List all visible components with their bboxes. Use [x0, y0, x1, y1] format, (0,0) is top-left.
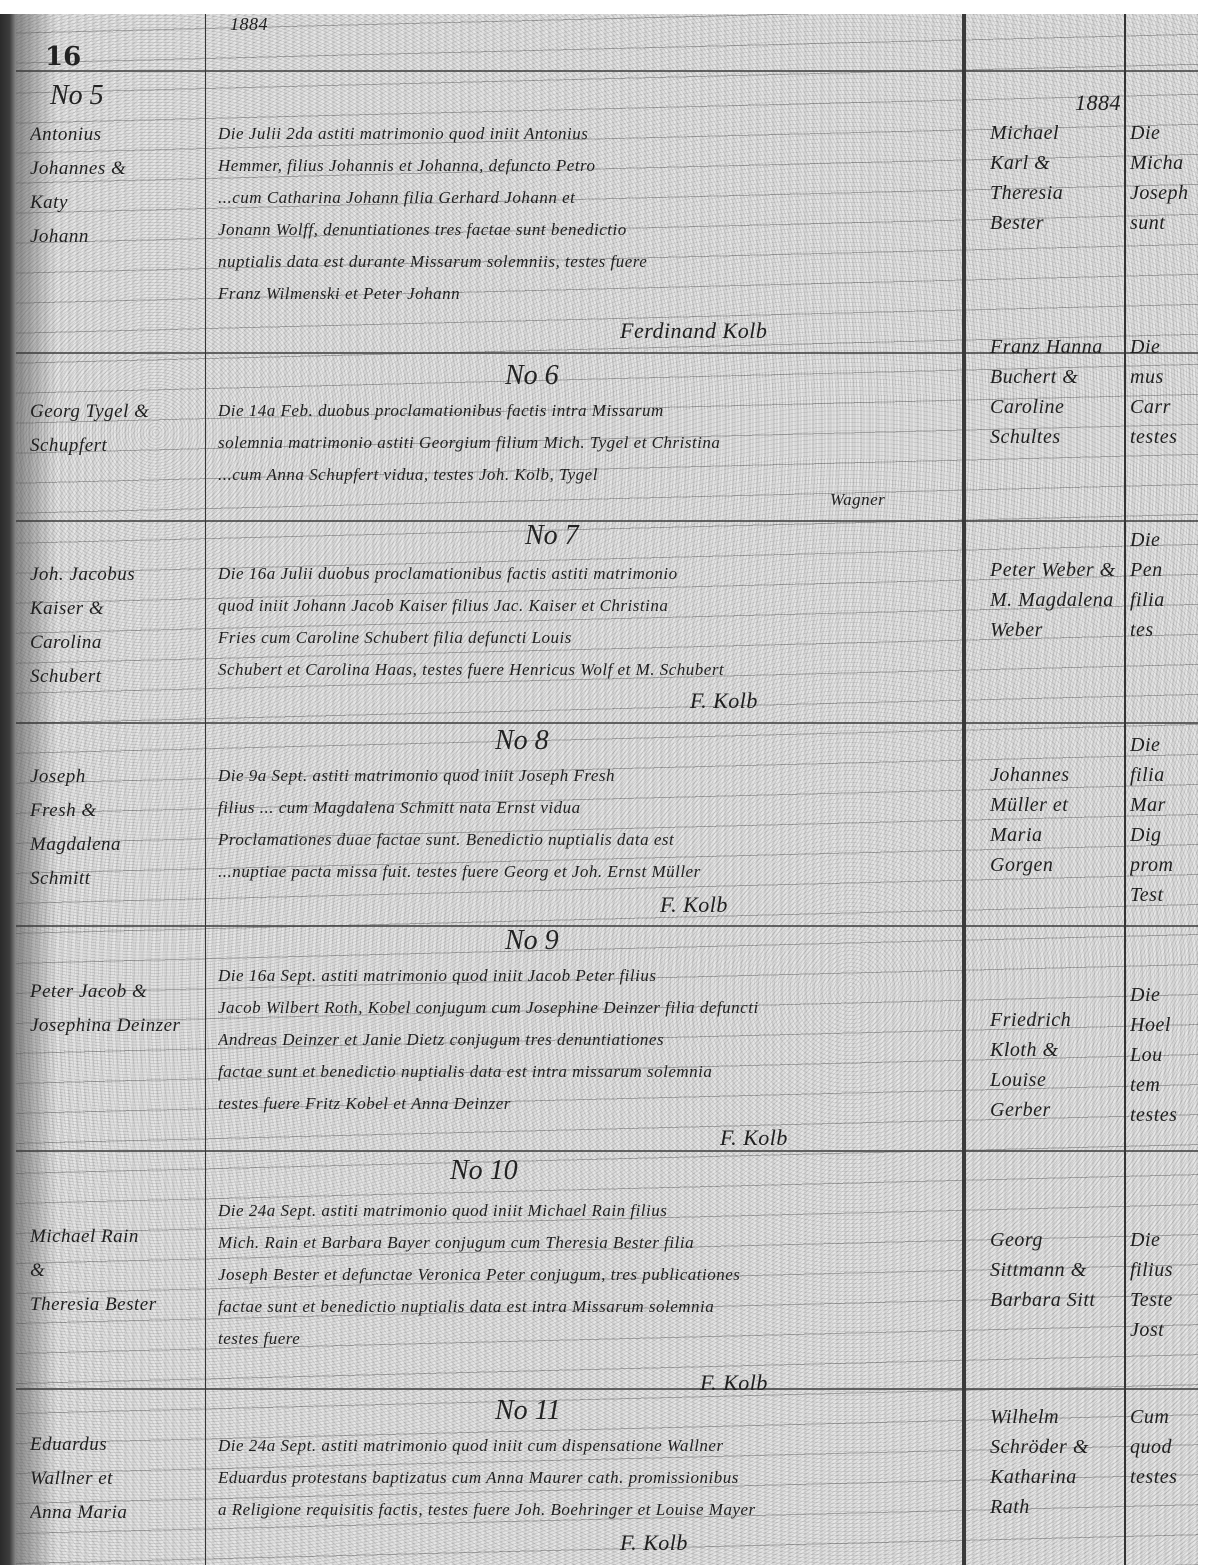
cut-off-column: Die Micha Joseph sunt: [1130, 118, 1200, 238]
text-line: Die 9a Sept. astiti matrimonio quod inii…: [218, 760, 938, 792]
margin-name-line: Johannes &: [30, 152, 202, 186]
text-line: Die 24a Sept. astiti matrimonio quod ini…: [218, 1195, 938, 1227]
main-column-divider: [962, 14, 966, 1565]
text-line: Fries cum Caroline Schubert filia defunc…: [218, 622, 938, 654]
witness-name: Georg: [990, 1225, 1122, 1255]
entry-margin-names: Antonius Johannes & Katy Johann: [30, 118, 202, 254]
top-year-fragment: 1884: [230, 14, 268, 35]
text-line: filius ... cum Magdalena Schmitt nata Er…: [218, 792, 938, 824]
cut-off-text: tem: [1130, 1070, 1200, 1100]
margin-name-line: Schmitt: [30, 862, 202, 896]
entry-margin-names: Eduardus Wallner et Anna Maria: [30, 1428, 202, 1530]
cut-off-text: testes: [1130, 1100, 1200, 1130]
margin-name-line: Michael Rain: [30, 1220, 202, 1254]
entry-text: Die 24a Sept. astiti matrimonio quod ini…: [218, 1195, 938, 1355]
margin-name-line: Kaiser &: [30, 592, 202, 626]
cut-off-text: Hoel: [1130, 1010, 1200, 1040]
text-line: solemnia matrimonio astiti Georgium fili…: [218, 427, 938, 459]
text-line: Eduardus protestans baptizatus cum Anna …: [218, 1462, 938, 1494]
witness-names-column: Michael Karl & Theresia Bester: [990, 118, 1122, 238]
cut-off-text: sunt: [1130, 208, 1200, 238]
witness-name: Barbara Sitt: [990, 1285, 1122, 1315]
entry-text: Die 9a Sept. astiti matrimonio quod inii…: [218, 760, 938, 888]
witness-name: Karl &: [990, 148, 1122, 178]
witness-name: Schröder &: [990, 1432, 1122, 1462]
witness-name: Franz Hanna: [990, 332, 1122, 362]
page-number: 16: [45, 42, 81, 72]
witness-name: Michael: [990, 118, 1122, 148]
text-line: a Religione requisitis factis, testes fu…: [218, 1494, 938, 1526]
cut-off-text: testes: [1130, 422, 1200, 452]
text-line: Die 24a Sept. astiti matrimonio quod ini…: [218, 1430, 938, 1462]
cut-off-text: Mar: [1130, 790, 1200, 820]
entry-margin-names: Peter Jacob & Josephina Deinzer: [30, 975, 202, 1043]
witness-name: Rath: [990, 1492, 1122, 1522]
entry-separator: [16, 520, 1198, 522]
witness-name: Sittmann &: [990, 1255, 1122, 1285]
priest-signature: F. Kolb: [690, 688, 758, 714]
cut-off-text: Die: [1130, 332, 1200, 362]
cut-off-column: Die Hoel Lou tem testes: [1130, 980, 1200, 1130]
text-line: testes fuere Fritz Kobel et Anna Deinzer: [218, 1088, 938, 1120]
entry-margin-names: Georg Tygel & Schupfert: [30, 395, 202, 463]
text-line: Hemmer, filius Johannis et Johanna, defu…: [218, 150, 938, 182]
text-line: Schubert et Carolina Haas, testes fuere …: [218, 654, 938, 686]
witness-name: Bester: [990, 208, 1122, 238]
witness-name: Peter Weber &: [990, 555, 1122, 585]
text-line: ...cum Anna Schupfert vidua, testes Joh.…: [218, 459, 938, 491]
entry-text: Die 14a Feb. duobus proclamationibus fac…: [218, 395, 938, 491]
margin-column-divider: [205, 14, 206, 1565]
witness-name: Weber: [990, 615, 1122, 645]
margin-name-line: Katy: [30, 186, 202, 220]
entry-text: Die Julii 2da astiti matrimonio quod ini…: [218, 118, 938, 310]
cut-off-text: Die: [1130, 730, 1200, 760]
text-line: Mich. Rain et Barbara Bayer conjugum cum…: [218, 1227, 938, 1259]
priest-signature: F. Kolb: [700, 1370, 768, 1396]
witness-name: Theresia: [990, 178, 1122, 208]
cut-off-text: quod: [1130, 1432, 1200, 1462]
entry-number: No 10: [450, 1155, 518, 1187]
witness-name: Maria: [990, 820, 1122, 850]
cut-off-text: Joseph: [1130, 178, 1200, 208]
margin-name-line: Fresh &: [30, 794, 202, 828]
text-line: Andreas Deinzer et Janie Dietz conjugum …: [218, 1024, 938, 1056]
witness-names-column: Johannes Müller et Maria Gorgen: [990, 760, 1122, 880]
margin-name-line: Johann: [30, 220, 202, 254]
cut-off-text: Lou: [1130, 1040, 1200, 1070]
witness-names-column: Franz Hanna Buchert & Caroline Schultes: [990, 332, 1122, 452]
text-line: ...nuptiae pacta missa fuit. testes fuer…: [218, 856, 938, 888]
witness-names-column: Georg Sittmann & Barbara Sitt: [990, 1225, 1122, 1315]
entry-separator: [16, 1388, 1198, 1390]
cut-off-text: testes: [1130, 1462, 1200, 1492]
text-line: Joseph Bester et defunctae Veronica Pete…: [218, 1259, 938, 1291]
text-line: Die Julii 2da astiti matrimonio quod ini…: [218, 118, 938, 150]
cut-off-text: Teste: [1130, 1285, 1200, 1315]
margin-name-line: Theresia Bester: [30, 1288, 202, 1322]
cut-off-text: filia: [1130, 760, 1200, 790]
margin-name-line: Georg Tygel &: [30, 395, 202, 429]
cut-off-text: Carr: [1130, 392, 1200, 422]
entry-text: Die 16a Sept. astiti matrimonio quod ini…: [218, 960, 938, 1120]
entry-number: No 6: [505, 360, 559, 392]
cut-off-text: Pen: [1130, 555, 1200, 585]
witness-name: Louise: [990, 1065, 1122, 1095]
text-line: testes fuere: [218, 1323, 938, 1355]
cut-off-column: Die mus Carr testes: [1130, 332, 1200, 452]
cut-off-text: Test: [1130, 880, 1200, 910]
entry-number: No 8: [495, 725, 549, 757]
cut-off-column: Die filia Mar Dig prom Test: [1130, 730, 1200, 910]
text-line: factae sunt et benedictio nuptialis data…: [218, 1291, 938, 1323]
cut-off-text: filia: [1130, 585, 1200, 615]
witness-name: Kloth &: [990, 1035, 1122, 1065]
margin-name-line: Joh. Jacobus: [30, 558, 202, 592]
text-line: Jacob Wilbert Roth, Kobel conjugum cum J…: [218, 992, 938, 1024]
cut-off-text: Dig: [1130, 820, 1200, 850]
entry-margin-names: Joseph Fresh & Magdalena Schmitt: [30, 760, 202, 896]
witness-name: Friedrich: [990, 1005, 1122, 1035]
witness-name: Johannes: [990, 760, 1122, 790]
entry-separator: [16, 925, 1198, 927]
text-line: Franz Wilmenski et Peter Johann: [218, 278, 938, 310]
margin-name-line: Magdalena: [30, 828, 202, 862]
priest-signature: F. Kolb: [620, 1530, 688, 1556]
witness-name: Schultes: [990, 422, 1122, 452]
cut-off-column: Cum quod testes: [1130, 1402, 1200, 1492]
cut-off-text: prom: [1130, 850, 1200, 880]
cut-off-text: tes: [1130, 615, 1200, 645]
margin-name-line: Peter Jacob &: [30, 975, 202, 1009]
margin-name-line: Eduardus: [30, 1428, 202, 1462]
witness-name: Müller et: [990, 790, 1122, 820]
witness-column-divider: [1124, 14, 1126, 1565]
cut-off-text: Die: [1130, 1225, 1200, 1255]
entry-separator: [16, 70, 1198, 72]
text-line: factae sunt et benedictio nuptialis data…: [218, 1056, 938, 1088]
margin-name-line: Antonius: [30, 118, 202, 152]
margin-name-line: Josephina Deinzer: [30, 1009, 202, 1043]
witness-names-column: Friedrich Kloth & Louise Gerber: [990, 1005, 1122, 1125]
text-line: ...cum Catharina Johann filia Gerhard Jo…: [218, 182, 938, 214]
entry-number: No 7: [525, 520, 579, 552]
witness-name: Katharina: [990, 1462, 1122, 1492]
margin-name-line: Wallner et: [30, 1462, 202, 1496]
priest-signature: Ferdinand Kolb: [620, 318, 767, 344]
entry-separator: [16, 1150, 1198, 1152]
entry-number: No 5: [50, 80, 104, 112]
witness-name: Caroline: [990, 392, 1122, 422]
margin-name-line: Joseph: [30, 760, 202, 794]
register-year: 1884: [1075, 90, 1121, 116]
witness-names-column: Wilhelm Schröder & Katharina Rath: [990, 1402, 1122, 1522]
text-line: nuptialis data est durante Missarum sole…: [218, 246, 938, 278]
cut-off-text: Jost: [1130, 1315, 1200, 1345]
margin-name-line: Anna Maria: [30, 1496, 202, 1530]
text-line: Proclamationes duae factae sunt. Benedic…: [218, 824, 938, 856]
entry-number: No 11: [495, 1395, 561, 1427]
text-line: Die 16a Sept. astiti matrimonio quod ini…: [218, 960, 938, 992]
cut-off-text: filius: [1130, 1255, 1200, 1285]
margin-name-line: Carolina: [30, 626, 202, 660]
margin-name-line: &: [30, 1254, 202, 1288]
witness-name: Wilhelm: [990, 1402, 1122, 1432]
entry-margin-names: Michael Rain & Theresia Bester: [30, 1220, 202, 1322]
cut-off-text: Cum: [1130, 1402, 1200, 1432]
entry-margin-names: Joh. Jacobus Kaiser & Carolina Schubert: [30, 558, 202, 694]
entry-number: No 9: [505, 925, 559, 957]
entry-text: Die 24a Sept. astiti matrimonio quod ini…: [218, 1430, 938, 1526]
cut-off-text: Die: [1130, 525, 1200, 555]
witness-name: Gerber: [990, 1095, 1122, 1125]
cut-off-text: Micha: [1130, 148, 1200, 178]
entry-text: Die 16a Julii duobus proclamationibus fa…: [218, 558, 938, 686]
text-line: Die 16a Julii duobus proclamationibus fa…: [218, 558, 938, 590]
witness-names-column: Peter Weber & M. Magdalena Weber: [990, 555, 1122, 645]
cut-off-column: Die Pen filia tes: [1130, 525, 1200, 645]
cut-off-column: Die filius Teste Jost: [1130, 1225, 1200, 1345]
priest-signature: Wagner: [830, 490, 885, 510]
margin-name-line: Schubert: [30, 660, 202, 694]
cut-off-text: Die: [1130, 980, 1200, 1010]
priest-signature: F. Kolb: [720, 1125, 788, 1151]
book-binding-edge: [0, 14, 16, 1565]
entry-separator: [16, 722, 1198, 724]
priest-signature: F. Kolb: [660, 892, 728, 918]
cut-off-text: Die: [1130, 118, 1200, 148]
text-line: Jonann Wolff, denuntiationes tres factae…: [218, 214, 938, 246]
witness-name: Gorgen: [990, 850, 1122, 880]
cut-off-text: mus: [1130, 362, 1200, 392]
margin-name-line: Schupfert: [30, 429, 202, 463]
witness-name: Buchert &: [990, 362, 1122, 392]
text-line: Die 14a Feb. duobus proclamationibus fac…: [218, 395, 938, 427]
witness-name: M. Magdalena: [990, 585, 1122, 615]
text-line: quod iniit Johann Jacob Kaiser filius Ja…: [218, 590, 938, 622]
